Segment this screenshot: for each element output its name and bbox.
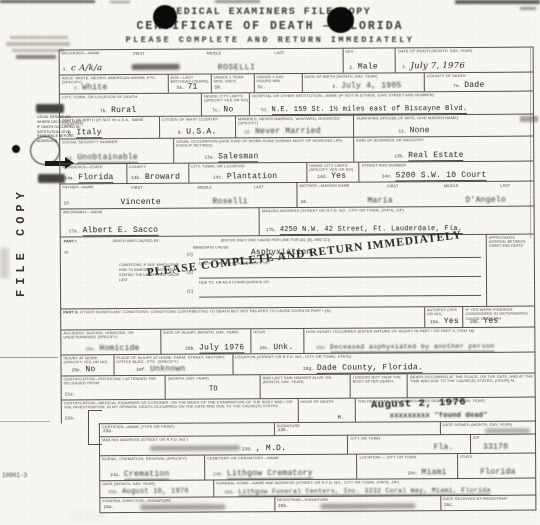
meridiem-label: M. [338,414,345,420]
cell-burial-cremation: BURIAL, CREMATION, REMOVAL (SPECIFY) 24a… [100,456,205,481]
field-value: 17a.Albert E. Sacco [69,225,159,235]
sub-label: MIDDLE [207,50,222,55]
field-label: FUNERAL DIRECTOR—SIGNATURE [102,498,273,504]
field-label: CITY, TOWN, OR LOCATION OF DEATH [62,94,200,100]
field-label: DATE OF DEATH (MONTH, DAY, YEAR) [398,48,532,54]
to-label: TO [209,385,218,393]
item-number: 7a. [453,83,461,88]
deceased-last-name: ROSELLI [218,63,256,72]
sub-label: LAST [254,184,264,189]
field-label: FUNERAL HOME—NAME AND ADDRESS (STREET OR… [216,479,535,486]
field-label: DATE SIGNED (MONTH, DAY, YEAR) [442,422,534,427]
field-label: ACCIDENT, SUICIDE, HOMICIDE, OR UNDETERM… [63,330,159,340]
part1-enter-note: (ENTER ONLY ONE CAUSE PER LINE FOR (a), … [221,237,330,243]
field-label: (MONTH, DAY, YEAR) [168,376,259,381]
hole-punch-dot [153,5,177,29]
cell-burial-date: DATE (MONTH, DAY, YEAR) 25a.August 16, 1… [100,481,214,498]
item-number: 14b. [131,175,142,180]
cell-certifier-name: CERTIFIER—NAME (TYPE OR PRINT) 23a. [100,423,275,436]
cell-hour-of-death: HOUR OF DEATH M. [298,399,356,422]
registrar-signature-smudge [320,503,415,509]
age-value: 71 [188,82,198,91]
item-number: 7d. [260,108,268,113]
cell-certifier-mailing-address: MAILING ADDRESS (STREET OR R.F.D. NO.) 2… [100,436,348,456]
cell-attended-from-to: (MONTH, DAY, YEAR) TO [166,375,261,399]
field-value: 14d.Yes [317,171,346,180]
item-number: 3. [402,65,407,70]
cell-autopsy: AUTOPSY (YES OR NO) 19a.Yes [425,307,464,327]
cell-ssn: SOCIAL SECURITY NUMBER 12.Unobtainable [60,139,174,164]
field-value: 24a.Cremation [110,469,169,478]
street-number-value: 5200 S.W. 10 Court [396,170,487,181]
burial-date-value: August 16, 1976 [122,487,189,495]
date-signed-smudge [485,429,530,433]
cell-funeral-home: FUNERAL HOME—NAME AND ADDRESS (STREET OR… [214,479,536,497]
field-label: DEATH OCCURRED AT THE PLACE, ON THE DATE… [410,374,534,385]
field-label: HOUR OF DEATH [300,399,354,404]
field-label: CITIZEN OF WHAT COUNTRY [162,117,234,122]
cemetery-city-value: Miami [421,468,446,477]
field-value: 26a. [103,502,117,511]
interval-label: APPROXIMATE INTERVAL BETWEEN ONSET AND D… [489,235,534,248]
return-immediately-banner: PLEASE COMPLETE AND RETURN IMMEDIATELY [0,35,540,45]
field-value: 6.July 4, 1905 [332,81,401,90]
field-value: 13a.Salesman [204,152,258,161]
certifier-city-value: Fla. [433,443,453,452]
field-label: STATE [460,454,535,459]
date-of-death-value: July 7, 1976 [410,60,465,70]
hospital-value: N.E. 159 St. 1½ miles east of Biscayne B… [271,104,467,114]
item-number: 6. [332,84,337,89]
item-number: 13a. [204,155,215,160]
field-label: STATE OF BIRTH (IF NOT IN U.S.A., NAME C… [62,117,158,127]
field-value: 3.July 7, 1976 [402,60,465,70]
field-label: SEX [345,49,394,54]
form-row: PART II. OTHER SIGNIFICANT CONDITIONS: C… [61,307,534,331]
item-number: 26a. [103,505,114,510]
field-value: 23d., M.D. [242,444,286,453]
scan-blot [70,513,105,519]
item-number: 22a. [65,416,76,421]
residence-limits-value: Yes [331,171,346,180]
field-value: 19a.Yes [430,317,459,326]
hour-of-injury-value: Unk. [273,343,293,352]
field-value: 25b.Lithgow Funeral Centers, Inc. 3232 C… [224,486,490,495]
manner-value: Homicide [99,343,139,352]
item-number: 20c. [259,346,270,351]
cell-residence-city: CITY, TOWN, OR LOCATION 14c.Plantation [189,163,307,183]
item-number: 26c. [444,503,455,508]
item-number: 17a. [69,229,80,234]
form-row: FATHER—NAME FIRST MIDDLE LAST 15. Vincen… [60,182,533,210]
ink-blob [12,145,20,153]
margin-scribble [0,248,9,278]
scan-edge-smudge [110,1,130,3]
item-number: 20f. [136,367,147,372]
item-number: 24a. [110,473,121,478]
item-number: 20d. [316,345,327,350]
field-label: I DID/DID NOT VIEW THE BODY AFTER DEATH. [353,375,406,385]
cell-viewed-body: I DID/DID NOT VIEW THE BODY AFTER DEATH. [351,374,408,397]
scan-edge-smudge [215,0,260,3]
dob-value: July 4, 1905 [341,81,402,90]
field-value: 24b.Lithgow Crematory [213,468,313,478]
certifier-zip-value: 33170 [483,442,508,451]
field-value: 8.Italy [68,128,102,137]
field-value: 25a.August 16, 1976 [108,487,189,495]
cell-date-of-injury: DATE OF INJURY (MONTH, DAY, YEAR) 20b.Ju… [161,329,251,354]
certifier-name-smudge [150,445,240,451]
item-number: 20b. [185,346,196,351]
field-value: 5a.71 [176,82,197,91]
county-of-death-value: Dade [464,80,484,89]
item-number: 14d. [317,174,328,179]
field-label: CERTIFICATION—MEDICAL EXAMINER OR CORONE… [64,400,297,411]
injury-at-work-value: No [85,365,95,374]
field-value: 26b. [278,501,292,510]
cell-city-of-death: CITY, TOWN, OR LOCATION OF DEATH 7b.Rura… [60,94,202,117]
item-number: 23b. [278,428,289,433]
residence-county-value: Broward [145,172,180,181]
cell-residence-limits: INSIDE CITY LIMITS (SPECIFY YES OR NO) 1… [307,163,360,182]
cell-date-received: DATE RECEIVED BY REGISTRAR 26c. [441,496,537,511]
spouse-value: None [410,126,430,135]
field-value: 13b.Real Estate [394,150,463,159]
race-value: White [82,83,107,92]
cell-state-of-birth: STATE OF BIRTH (IF NOT IN U.S.A., NAME C… [60,117,160,139]
field-label: CERTIFICATION—PHYSICIAN: I ATTENDED THE … [64,376,164,386]
cell-residence-county: COUNTY 14b.Broward [127,164,189,183]
cell-father-name: FATHER—NAME FIRST MIDDLE LAST 15. Vincen… [60,183,297,208]
residence-city-value: Plantation [227,172,278,181]
field-label: STREET AND NUMBER [362,162,533,168]
item-number: 20a. [85,347,96,352]
item-number: 10. [244,130,252,135]
field-label: MAILING ADDRESS (STREET OR R.F.D. NO., C… [262,207,533,214]
item-number: 20g. [303,366,314,371]
form-upper-section: DECEASED—NAME FIRST MIDDLE LAST 1.c A/k/… [59,48,535,424]
form-number-code: 10001-3 [2,472,27,479]
cell-date-of-death: DATE OF DEATH (MONTH, DAY, YEAR) 3.July … [396,48,533,73]
field-label: COUNTY OF DEATH [427,73,532,79]
cell-age: AGE—LAST BIRTHDAY (YEARS) 5a.71 [168,75,211,93]
form-row: SOCIAL SECURITY NUMBER 12.Unobtainable U… [60,137,533,165]
illegible-corner-text [16,55,56,59]
item-number: 21a. [65,392,76,397]
state-of-birth-value: Italy [76,128,101,138]
cell-place-of-injury: PLACE OF INJURY AT HOME, FARM, STREET, F… [114,354,233,375]
cell-part2-conditions: PART II. OTHER SIGNIFICANT CONDITIONS: C… [61,307,425,329]
cell-how-injury-occurred: HOW INJURY OCCURRED (ENTER NATURE OF INJ… [304,328,534,353]
how-injury-value: Deceased asphyxiated by another person [330,342,495,352]
field-label: LOCATION (STREET OR R.F.D. NO., CITY OR … [235,353,533,360]
item-number: 23d. [242,447,253,452]
field-label: SIGNATURE [276,423,438,429]
item-number: 14a. [64,176,75,181]
cell-hour-of-injury: HOUR 20c.Unk. [251,329,304,353]
field-label: BURIAL, CREMATION, REMOVAL (SPECIFY) [102,456,203,461]
field-label: MOTHER—MAIDEN NAME [299,183,349,188]
cell-certifier-zip: ZIP 33170 [471,435,536,453]
cell-marital-status: MARRIED, NEVER MARRIED, WIDOWED, DIVORCE… [236,116,355,138]
field-label: PART II. OTHER SIGNIFICANT CONDITIONS: C… [63,308,423,315]
item-number: 1. [63,67,68,72]
marital-status-value: Never Married [255,126,321,135]
field-label: COUNTY [129,164,187,169]
item-number: 26b. [278,504,289,509]
illegible-corner-text [12,49,64,52]
field-value: 5b. [215,82,226,91]
field-value: 20c.Unk. [259,343,293,352]
field-value: 11.None [398,126,429,135]
cell-under-one-year: UNDER 1 YEAR MOS. DAYS 5b. [211,74,254,92]
cell-mother-name: MOTHER—MAIDEN NAME FIRST MIDDLE LAST 16.… [297,182,533,207]
cell-certifier-city: CITY OR TOWN Fla. [348,435,471,454]
field-value: 23a. [103,426,117,435]
field-value: 7a.Dade [453,80,484,89]
field-label: DATE OF INJURY (MONTH, DAY, YEAR) [163,330,249,335]
item-number: 19b. [470,319,481,324]
field-label: ZIP [473,435,535,440]
scanned-death-certificate: { "header": { "stamp_top": "MEDICAL EXAM… [0,0,540,525]
item-number: 14c. [213,175,224,180]
sub-label: FIRST [131,184,142,189]
cell-injury-location: LOCATION (STREET OR R.F.D. NO., CITY OR … [233,353,535,375]
field-value: 14b.Broward [131,172,180,181]
cell-signature: SIGNATURE 23b. [274,422,440,435]
item-number: 17b. [266,228,277,233]
injury-location-value: Dade County, Florida. [317,363,423,374]
part1-cause-of-death: PART I. DEATH WAS CAUSED BY: (ENTER ONLY… [61,235,534,310]
field-label: REGISTRAR—SIGNATURE [277,497,439,503]
field-label: INSIDE CITY LIMITS (SPECIFY YES OR NO) [204,94,248,104]
hole-punch-dot [327,7,354,33]
sex-value: Male [358,62,378,71]
item-number: 5b. [215,85,223,90]
date-of-injury-value: July 1976 [199,343,245,353]
field-value: 4.White [74,83,108,92]
field-value: 14e.5200 S.W. 10 Court [382,170,487,180]
line-c-label: (c) [187,289,193,294]
item-number: 8. [68,131,73,136]
field-value: 19b.Yes [470,316,499,325]
form-row: BURIAL, CREMATION, REMOVAL (SPECIFY) 24a… [100,454,536,482]
industry-value: Real Estate [408,150,464,160]
field-label: SURVIVING SPOUSE (IF WIFE, GIVE MAIDEN N… [356,115,532,121]
field-label: RESIDENCE—STATE [62,165,125,170]
sub-label: MIDDLE [197,184,212,189]
item-number: 25a. [108,490,119,495]
cell-cemetery-location-state: STATE Florida [458,454,536,478]
field-label: FATHER—NAME [62,185,94,190]
field-value: 20g.Dade County, Florida. [303,363,423,373]
cell-hospital: HOSPITAL OR OTHER INSTITUTION—NAME (IF N… [250,92,533,116]
item-number: 23a. [103,429,114,434]
informant-value: Albert E. Sacco [82,225,158,235]
field-value: 14c.Plantation [213,172,277,181]
field-value: 23b. [277,425,291,434]
item-number: 24b. [213,472,224,477]
due-to-label: DUE TO, OR AS A CONSEQUENCE OF: [199,279,270,284]
form-row: FUNERAL DIRECTOR—SIGNATURE 26a. REGISTRA… [100,496,536,514]
funeral-director-signature-smudge [140,504,225,510]
field-value: 24c.Miami [408,468,447,477]
item-number: 5a. [176,85,184,90]
field-value: 7c.No [212,105,233,114]
scan-edge-smudge [0,0,95,3]
cell-cemetery-name: CEMETERY OR CREMATORY—NAME 24b.Lithgow C… [205,455,358,480]
field-label: CITY OR TOWN [350,435,469,441]
certifier-md-value: , M.D. [256,444,286,453]
cemetery-value: Lithgow Crematory [227,468,313,479]
cell-funeral-director-signature: FUNERAL DIRECTOR—SIGNATURE 26a. [100,497,275,512]
sub-label: MIDDLE [444,183,459,188]
item-number: 7b. [100,109,108,114]
cell-surviving-spouse: SURVIVING SPOUSE (IF WIFE, GIVE MAIDEN N… [354,115,533,137]
cell-citizen-of: CITIZEN OF WHAT COUNTRY 9.U.S.A. [160,116,236,137]
inside-limits-value: No [223,105,233,114]
field-value: 5c. [258,82,269,91]
autopsy-value: Yes [444,317,459,326]
cell-date-signed: DATE SIGNED (MONTH, DAY, YEAR) [440,422,536,435]
item-number: 7c. [212,108,220,113]
cause-line-c [199,294,481,297]
field-value: 1.c A/k/a [63,63,103,73]
cell-injury-at-work: INJURY AT WORK (SPECIFY YES OR NO) 20e.N… [61,355,114,375]
form-row: STATE OF BIRTH (IF NOT IN U.S.A., NAME C… [60,115,533,140]
part1-label: PART I. [64,238,78,243]
aka-handwriting: c A/k/a [71,63,102,73]
field-value: 20e.No [72,365,96,374]
cell-date-of-birth: DATE OF BIRTH (MONTH, DAY, YEAR) 6.July … [302,73,425,92]
item-number: 19a. [430,320,441,325]
field-label: INFORMANT—NAME [63,209,258,215]
cell-inside-city-limits: INSIDE CITY LIMITS (SPECIFY YES OR NO) 7… [202,93,250,115]
field-value: 21a. [65,389,79,398]
item-number: 18. [64,249,69,254]
field-value: 16. [300,196,311,205]
stamp-medical-examiners-file-copy: MEDICAL EXAMINERS FILE COPY [0,7,540,18]
field-label: CEMETERY OR CREMATORY—NAME [207,455,356,461]
file-copy-vertical-stamp: FILE COPY [14,185,28,297]
cell-county-of-death: COUNTY OF DEATH 7a.Dade [425,73,533,92]
cell-cemetery-location-city: LOCATION — CITY OR TOWN 24c.Miami [358,454,459,479]
field-label: AND LAST SAW HIM/HER ALIVE ON (MONTH, DA… [263,375,349,385]
part1-caused-by-label: DEATH WAS CAUSED BY: [113,238,160,243]
cell-findings-considered: IF YES WERE FINDINGS CONSIDERED IN DETER… [464,307,535,327]
margin-rule [0,421,50,422]
field-value: 14a.Florida [64,173,113,182]
line-a-label: (a) [187,252,193,257]
field-value: 20b.July 1976 [185,343,244,352]
illegible-name-smudge [132,64,180,70]
item-number: 25b. [224,490,235,495]
citizen-value: U.S.A. [186,127,216,136]
item-number: 15. [64,201,72,206]
interval-column: APPROXIMATE INTERVAL BETWEEN ONSET AND D… [486,235,535,306]
mother-maiden-value: D'Angelo [465,195,505,204]
field-value: 10.Never Married [244,126,321,135]
field-label: DATE OF BIRTH (MONTH, DAY, YEAR) [304,74,423,80]
item-number: 12. [66,156,74,161]
field-label: CITY, TOWN, OR LOCATION [191,163,305,169]
form-row: DECEASED—NAME FIRST MIDDLE LAST 1.c A/k/… [60,48,533,76]
field-value: 7b.Rural [100,105,136,114]
occupation-value: Salesman [218,152,258,162]
cell-registrar-signature: REGISTRAR—SIGNATURE 26b. [275,496,441,511]
item-number: 24c. [408,471,419,476]
part2-text: OTHER SIGNIFICANT CONDITIONS: CONDITIONS… [80,307,330,314]
city-of-death-value: Rural [111,105,136,114]
cell-under-one-day: UNDER 1 DAY HOURS MIN. 5c. [255,74,303,92]
field-value: 9.U.S.A. [178,127,217,136]
cell-certification-medical-examiner: CERTIFICATION—MEDICAL EXAMINER OR CORONE… [62,399,299,423]
form-row: ACCIDENT, SUICIDE, HOMICIDE, OR UNDETERM… [61,328,534,356]
field-label: CERTIFIER—NAME (TYPE OR PRINT) [102,424,273,430]
cemetery-state-value: Florida [480,467,515,476]
field-label: HOSPITAL OR OTHER INSTITUTION—NAME (IF N… [252,92,532,99]
field-value: 26c. [444,500,458,509]
form-lower-section: CERTIFIER—NAME (TYPE OR PRINT) 23a. SIGN… [99,421,537,514]
field-label: MAILING ADDRESS (STREET OR R.F.D. NO.) [102,436,346,442]
cell-certification-physician: CERTIFICATION—PHYSICIAN: I ATTENDED THE … [62,376,166,400]
place-of-injury-value: Unknown [150,364,185,373]
field-label: SOCIAL SECURITY NUMBER [62,139,172,145]
immediate-cause-label: IMMEDIATE CAUSE [193,244,229,249]
field-label: HOW INJURY OCCURRED (ENTER NATURE OF INJ… [306,328,533,334]
part2-label: PART II. [63,309,79,314]
sub-label: FIRST [133,50,144,55]
mother-first-value: Maria [367,196,392,205]
scan-edge-smudge [455,0,540,4]
item-number: 20e. [72,368,83,373]
field-label: KIND OF BUSINESS OR INDUSTRY [356,137,532,143]
field-label: DECEASED—NAME [62,51,100,56]
burial-value: Cremation [124,469,170,479]
field-value: 20f.Unknown [136,364,185,373]
sub-label: LAST [500,182,510,187]
cell-industry: KIND OF BUSINESS OR INDUSTRY 13b.Real Es… [354,137,533,162]
funeral-home-value: Lithgow Funeral Centers, Inc. 3232 Coral… [238,486,490,496]
cause-line-b [199,275,481,278]
cell-manner-of-death: ACCIDENT, SUICIDE, HOMICIDE, OR UNDETERM… [61,330,161,355]
sub-label: LAST [274,50,284,55]
item-number: 5c. [258,85,266,90]
sub-label: FIRST [387,183,398,188]
cell-residence-state: RESIDENCE—STATE 14a.Florida [60,164,127,183]
cell-sex: SEX 2.Male [343,48,396,72]
field-value: 15. [63,198,74,207]
cell-occupation: USUAL OCCUPATION (GIVE KIND OF WORK DONE… [174,138,354,163]
findings-value: Yes [483,316,498,325]
form-row: CITY, TOWN, OR LOCATION OF DEATH 7b.Rura… [60,92,533,118]
certificate-title: CERTIFICATE OF DEATH — FLORIDA [0,20,540,33]
item-number: 16. [301,199,309,204]
form-row: INJURY AT WORK (SPECIFY YES OR NO) 20e.N… [61,353,534,377]
field-value: 7d.N.E. 159 St. 1½ miles east of Biscayn… [260,104,467,113]
item-number: 11. [398,129,406,134]
field-label: LOCATION — CITY OR TOWN [360,455,457,460]
field-label: HOUR [253,329,302,334]
item-number: 2. [349,65,354,70]
item-number: 4. [74,86,79,91]
item-number: 13b. [394,154,405,159]
cell-informant-mailing-address: MAILING ADDRESS (STREET OR R.F.D. NO., C… [260,207,534,236]
cell-death-occurred-statement: DEATH OCCURRED AT THE PLACE, ON THE DATE… [408,374,535,398]
cell-deceased-name: DECEASED—NAME FIRST MIDDLE LAST 1.c A/k/… [60,49,344,75]
item-number: 14e. [382,174,393,179]
pronounced-dead-value: xxxxxxxxx "found dead" [390,411,488,420]
